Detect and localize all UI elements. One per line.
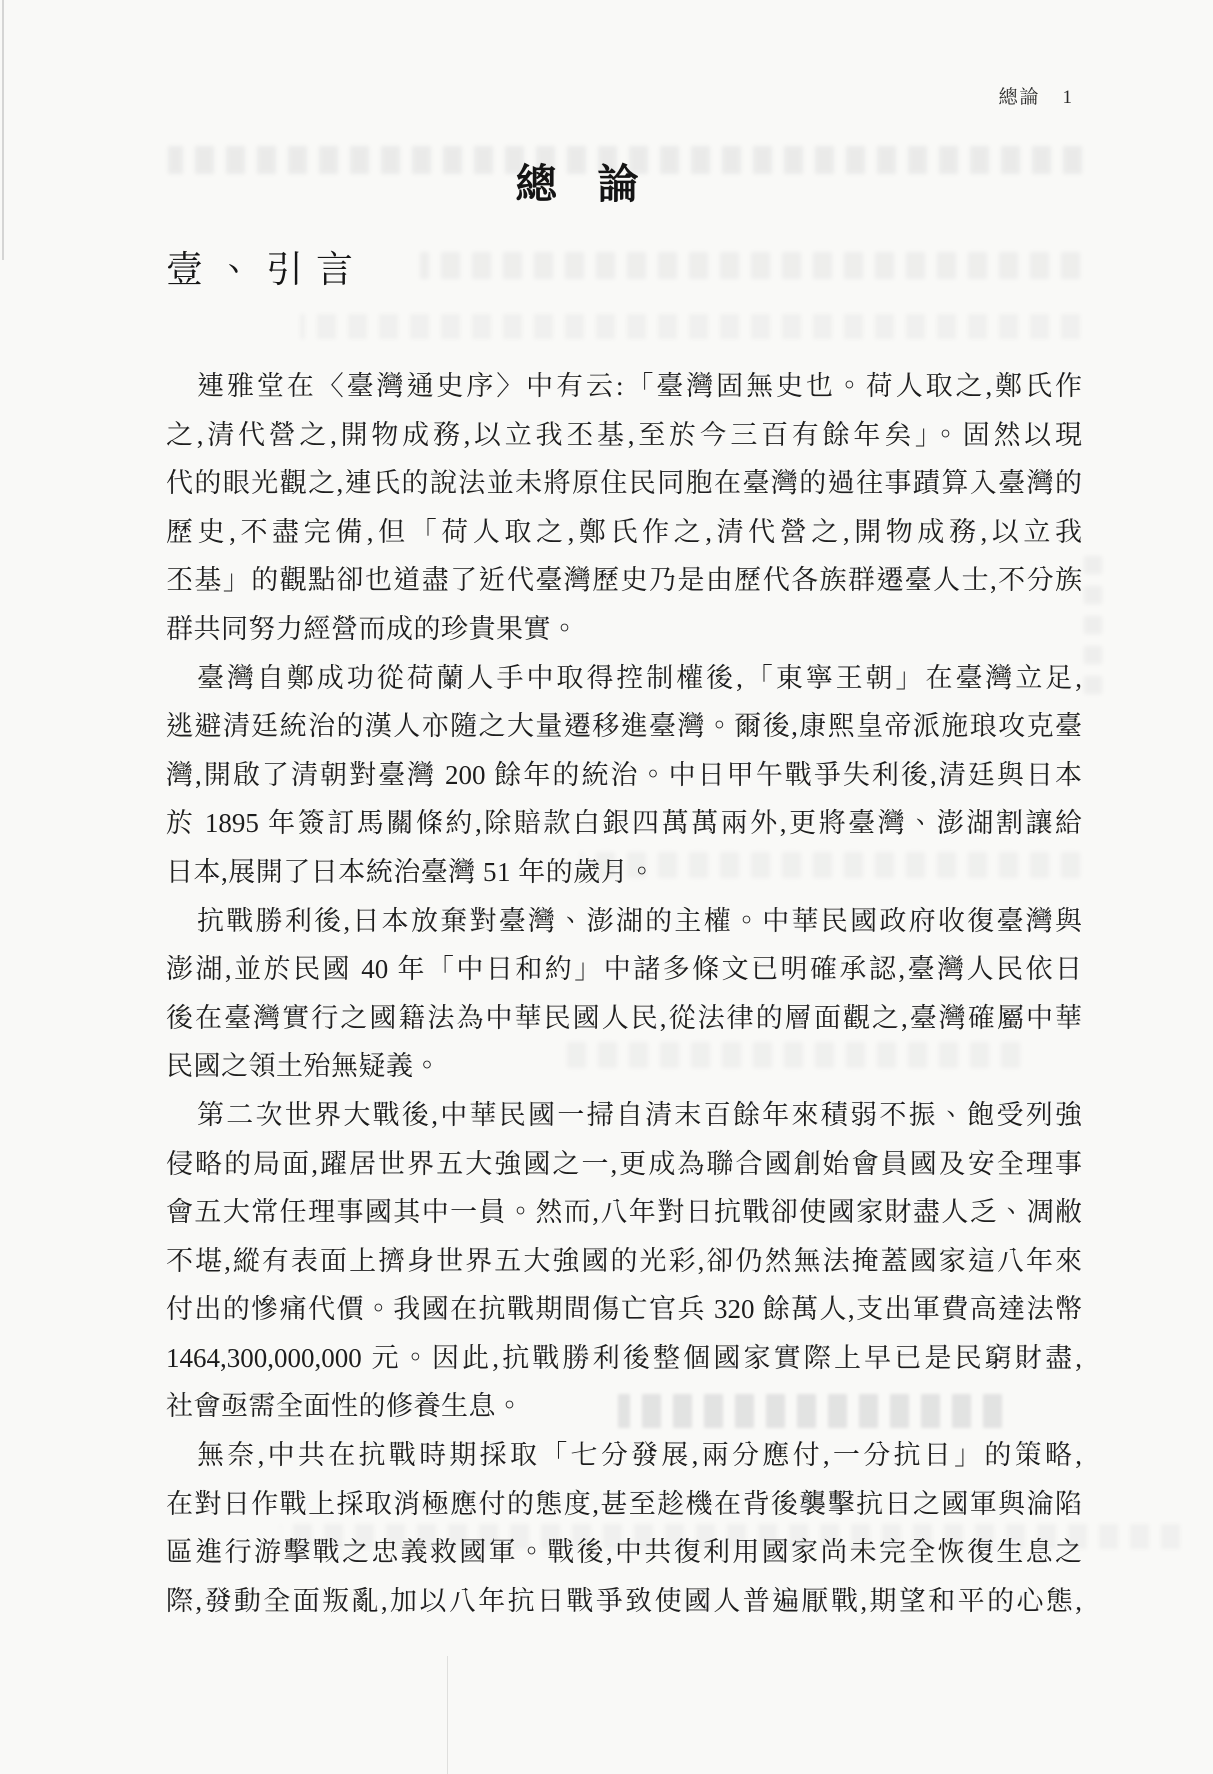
- bleedthrough-artifact: [420, 252, 1080, 279]
- section-heading: 壹、引言: [166, 243, 366, 299]
- running-header-section: 總論: [998, 87, 1040, 108]
- text-line: 1464,300,000,000 元。因此,抗戰勝利後整個國家實際上早已是民窮財…: [166, 1334, 1082, 1383]
- text-line: 民國之領土殆無疑義。: [166, 1042, 1082, 1091]
- text-line: 付出的慘痛代價。我國在抗戰期間傷亡官兵 320 餘萬人,支出軍費高達法幣: [166, 1285, 1082, 1334]
- scan-edge-artifact: [2, 0, 4, 260]
- bleedthrough-artifact: [300, 314, 1080, 339]
- text-line: 日本,展開了日本統治臺灣 51 年的歲月。: [166, 848, 1082, 897]
- text-line: 抗戰勝利後,日本放棄對臺灣、澎湖的主權。中華民國政府收復臺灣與: [166, 897, 1082, 946]
- chapter-title: 總 論: [166, 158, 988, 210]
- text-line: 社會亟需全面性的修養生息。: [166, 1382, 1082, 1431]
- bleedthrough-artifact: [1084, 556, 1102, 706]
- text-line: 侵略的局面,躍居世界五大強國之一,更成為聯合國創始會員國及安全理事: [166, 1140, 1082, 1189]
- text-line: 臺灣自鄭成功從荷蘭人手中取得控制權後,「東寧王朝」在臺灣立足,: [166, 654, 1082, 703]
- text-line: 會五大常任理事國其中一員。然而,八年對日抗戰卻使國家財盡人乏、凋敝: [166, 1188, 1082, 1237]
- text-line: 際,發動全面叛亂,加以八年抗日戰爭致使國人普遍厭戰,期望和平的心態,: [166, 1577, 1082, 1626]
- scan-edge-artifact: [447, 1656, 448, 1774]
- text-line: 之,清代營之,開物成務,以立我丕基,至於今三百有餘年矣」。固然以現: [166, 411, 1082, 460]
- running-header: 總論1: [998, 86, 1072, 110]
- text-line: 無奈,中共在抗戰時期採取「七分發展,兩分應付,一分抗日」的策略,: [166, 1431, 1082, 1480]
- text-line: 逃避清廷統治的漢人亦隨之大量遷移進臺灣。爾後,康熙皇帝派施琅攻克臺: [166, 702, 1082, 751]
- text-line: 在對日作戰上採取消極應付的態度,甚至趁機在背後襲擊抗日之國軍與淪陷: [166, 1480, 1082, 1529]
- text-line: 澎湖,並於民國 40 年「中日和約」中諸多條文已明確承認,臺灣人民依日: [166, 945, 1082, 994]
- text-line: 群共同努力經營而成的珍貴果實。: [166, 605, 1082, 654]
- text-line: 丕基」的觀點卻也道盡了近代臺灣歷史乃是由歷代各族群遷臺人士,不分族: [166, 556, 1082, 605]
- text-line: 灣,開啟了清朝對臺灣 200 餘年的統治。中日甲午戰爭失利後,清廷與日本: [166, 751, 1082, 800]
- text-line: 於 1895 年簽訂馬關條約,除賠款白銀四萬萬兩外,更將臺灣、澎湖割讓給: [166, 799, 1082, 848]
- text-line: 第二次世界大戰後,中華民國一掃自清末百餘年來積弱不振、飽受列強: [166, 1091, 1082, 1140]
- text-line: 後在臺灣實行之國籍法為中華民國人民,從法律的層面觀之,臺灣確屬中華: [166, 994, 1082, 1043]
- text-line: 不堪,縱有表面上擠身世界五大強國的光彩,卻仍然無法掩蓋國家這八年來: [166, 1237, 1082, 1286]
- body-text: 連雅堂在〈臺灣通史序〉中有云:「臺灣固無史也。荷人取之,鄭氏作之,清代營之,開物…: [166, 362, 1082, 1625]
- text-line: 代的眼光觀之,連氏的說法並未將原住民同胞在臺灣的過往事蹟算入臺灣的: [166, 459, 1082, 508]
- page-number: 1: [1063, 87, 1073, 108]
- book-page: 總論1 總 論 壹、引言 連雅堂在〈臺灣通史序〉中有云:「臺灣固無史也。荷人取之…: [0, 0, 1213, 1774]
- text-line: 區進行游擊戰之忠義救國軍。戰後,中共復利用國家尚未完全恢復生息之: [166, 1528, 1082, 1577]
- text-line: 連雅堂在〈臺灣通史序〉中有云:「臺灣固無史也。荷人取之,鄭氏作: [166, 362, 1082, 411]
- text-line: 歷史,不盡完備,但「荷人取之,鄭氏作之,清代營之,開物成務,以立我: [166, 508, 1082, 557]
